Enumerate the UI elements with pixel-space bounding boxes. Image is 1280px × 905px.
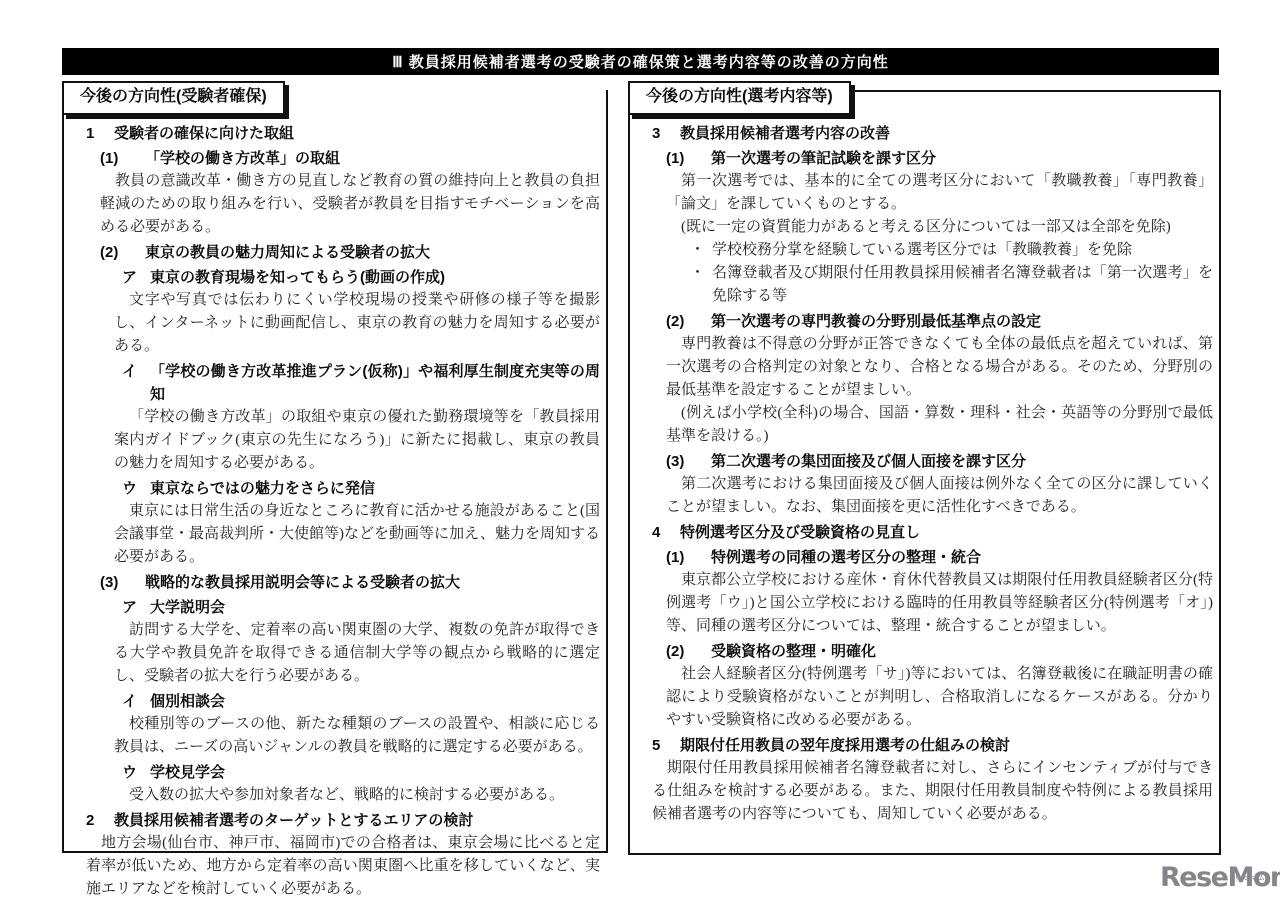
section-heading: ア東京の教育現場を知ってもらう(動画の作成) [64,266,600,289]
section-heading: ウ学校見学会 [64,761,600,784]
resemom-logo: ReseMom. リセマム [1160,858,1272,898]
section-label: ア [122,266,150,289]
section-heading: イ「学校の働き方改革推進プラン(仮称)」や福利厚生制度充実等の周知 [64,360,600,406]
section-label: (2) [666,640,711,663]
paragraph: ・学校校務分掌を経験している選考区分では「教職教養」を免除 [630,239,1213,262]
paragraph: ・名簿登載者及び期限付任用教員採用候補者名簿登載者は「第一次選考」を免除する等 [630,262,1213,308]
section-label: 3 [652,122,680,145]
paragraph: (既に一定の資質能力があると考える区分については一部又は全部を免除) [630,216,1213,239]
document-page: Ⅲ 教員採用候補者選考の受験者の確保策と選考内容等の改善の方向性 今後の方向性(… [0,0,1280,905]
section-heading: (3)戦略的な教員採用説明会等による受験者の拡大 [64,571,600,594]
paragraph: 専門教養は不得意の分野が正答できなくても全体の最低点を超えていれば、第一次選考の… [630,333,1213,402]
paragraph: 第一次選考では、基本的に全ての選考区分において「教職教養」「専門教養」「論文」を… [630,170,1213,216]
left-column-content: 1受験者の確保に向けた取組(1)「学校の働き方改革」の取組教員の意識改革・働き方… [64,122,600,901]
section-text: 「学校の働き方改革」の取組 [145,147,600,170]
section-text: 特例選考の同種の選考区分の整理・統合 [711,546,1213,569]
section-heading: 1受験者の確保に向けた取組 [64,122,600,145]
right-column-content: 3教員採用候補者選考内容の改善(1)第一次選考の筆記試験を課す区分第一次選考では… [630,122,1213,826]
section-label: (1) [100,147,145,170]
section-label: 4 [652,521,680,544]
section-heading: 5期限付任用教員の翌年度採用選考の仕組みの検討 [630,734,1213,757]
section-label: 1 [86,122,114,145]
section-label: (3) [666,450,711,473]
section-label: 2 [86,809,114,832]
section-label: (1) [666,147,711,170]
paragraph: 東京都公立学校における産休・育休代替教員又は期限付任用教員経験者区分(特例選考「… [630,569,1213,638]
paragraph: 校種別等のブースの他、新たな種類のブースの設置や、相談に応じる教員は、ニーズの高… [64,713,600,759]
section-text: 東京の教育現場を知ってもらう(動画の作成) [150,266,600,289]
section-text: 学校校務分掌を経験している選考区分では「教職教養」を免除 [712,239,1213,262]
section-text: 戦略的な教員採用説明会等による受験者の拡大 [145,571,600,594]
section-text: 学校見学会 [150,761,600,784]
section-text: 名簿登載者及び期限付任用教員採用候補者名簿登載者は「第一次選考」を免除する等 [712,262,1213,308]
section-heading: (1)第一次選考の筆記試験を課す区分 [630,147,1213,170]
resemom-logo-ruby: リセマム [1234,859,1266,899]
section-heading: イ個別相談会 [64,690,600,713]
paragraph: 期限付任用教員採用候補者名簿登載者に対し、さらにインセンティブが付与できる仕組み… [630,757,1213,826]
section-label: ウ [122,761,150,784]
section-text: 第一次選考の専門教養の分野別最低基準点の設定 [711,310,1213,333]
section-text: 第一次選考の筆記試験を課す区分 [711,147,1213,170]
section-heading: (2)東京の教員の魅力周知による受験者の拡大 [64,241,600,264]
document-title-bar: Ⅲ 教員採用候補者選考の受験者の確保策と選考内容等の改善の方向性 [62,48,1219,75]
section-text: 大学説明会 [150,596,600,619]
section-text: 「学校の働き方改革推進プラン(仮称)」や福利厚生制度充実等の周知 [150,360,600,406]
paragraph: 第二次選考における集団面接及び個人面接は例外なく全ての区分に課していくことが望ま… [630,473,1213,519]
section-heading: 2教員採用候補者選考のターゲットとするエリアの検討 [64,809,600,832]
paragraph: 訪問する大学を、定着率の高い関東圏の大学、複数の免許が取得できる大学や教員免許を… [64,619,600,688]
section-label: ウ [122,477,150,500]
left-column: 1受験者の確保に向けた取組(1)「学校の働き方改革」の取組教員の意識改革・働き方… [62,90,608,853]
section-text: 受験者の確保に向けた取組 [114,122,600,145]
section-heading: (1)特例選考の同種の選考区分の整理・統合 [630,546,1213,569]
section-label: イ [122,360,150,406]
paragraph: 教員の意識改革・働き方の見直しなど教育の質の維持向上と教員の負担軽減のための取り… [64,170,600,239]
section-heading: (2)受験資格の整理・明確化 [630,640,1213,663]
section-text: 東京の教員の魅力周知による受験者の拡大 [145,241,600,264]
section-text: 教員採用候補者選考内容の改善 [680,122,1213,145]
right-column-header-label: 今後の方向性(選考内容等) [646,88,833,105]
section-text: 教員採用候補者選考のターゲットとするエリアの検討 [114,809,600,832]
section-text: 第二次選考の集団面接及び個人面接を課す区分 [711,450,1213,473]
paragraph: 受入数の拡大や参加対象者など、戦略的に検討する必要がある。 [64,784,600,807]
section-text: 東京ならではの魅力をさらに発信 [150,477,600,500]
section-text: 期限付任用教員の翌年度採用選考の仕組みの検討 [680,734,1213,757]
right-column-header-box: 今後の方向性(選考内容等) [628,81,851,115]
document-title: Ⅲ 教員採用候補者選考の受験者の確保策と選考内容等の改善の方向性 [392,51,889,72]
section-text: 特例選考区分及び受験資格の見直し [680,521,1213,544]
section-heading: (3)第二次選考の集団面接及び個人面接を課す区分 [630,450,1213,473]
left-column-header-label: 今後の方向性(受験者確保) [80,88,267,105]
section-text: 個別相談会 [150,690,600,713]
section-label: イ [122,690,150,713]
section-label: 5 [652,734,680,757]
left-column-header-box: 今後の方向性(受験者確保) [62,81,285,115]
paragraph: 地方会場(仙台市、神戸市、福岡市)での合格者は、東京会場に比べると定着率が低いた… [64,832,600,901]
section-heading: ア大学説明会 [64,596,600,619]
section-label: (1) [666,546,711,569]
section-label: ア [122,596,150,619]
paragraph: 「学校の働き方改革」の取組や東京の優れた勤務環境等を「教員採用案内ガイドブック(… [64,406,600,475]
section-heading: (1)「学校の働き方改革」の取組 [64,147,600,170]
paragraph: 文字や写真では伝わりにくい学校現場の授業や研修の様子等を撮影し、インターネットに… [64,289,600,358]
section-label: (2) [666,310,711,333]
paragraph: 社会人経験者区分(特例選考「サ」)等においては、名簿登載後に在職証明書の確認によ… [630,663,1213,732]
section-heading: (2)第一次選考の専門教養の分野別最低基準点の設定 [630,310,1213,333]
section-label: ・ [690,239,712,262]
section-label: ・ [690,262,712,308]
paragraph: (例えば小学校(全科)の場合、国語・算数・理科・社会・英語等の分野別で最低基準を… [630,402,1213,448]
section-label: (3) [100,571,145,594]
right-column: 3教員採用候補者選考内容の改善(1)第一次選考の筆記試験を課す区分第一次選考では… [628,90,1221,855]
section-heading: 4特例選考区分及び受験資格の見直し [630,521,1213,544]
paragraph: 東京には日常生活の身近なところに教育に活かせる施設があること(国会議事堂・最高裁… [64,500,600,569]
section-heading: ウ東京ならではの魅力をさらに発信 [64,477,600,500]
section-label: (2) [100,241,145,264]
section-text: 受験資格の整理・明確化 [711,640,1213,663]
section-heading: 3教員採用候補者選考内容の改善 [630,122,1213,145]
